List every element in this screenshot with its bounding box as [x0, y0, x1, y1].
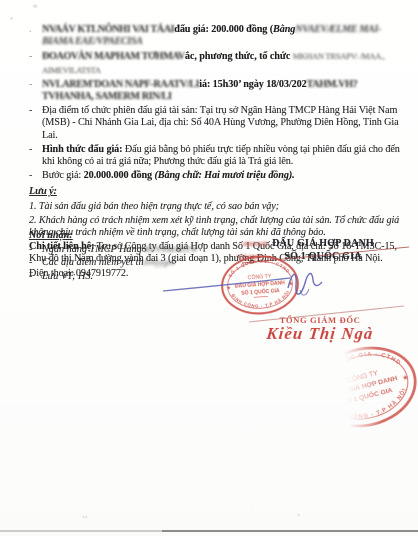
scan-artifact: · — [297, 510, 300, 520]
company-seal-stamp: SỐ 1 QUỐC GIA · CTHD ĐỊNH CÔNG - T.P HÀ … — [218, 252, 302, 317]
garbled-text: NVAÁV KTLNÔNHI VAI TÁAI — [42, 24, 174, 35]
bullet-line-time: -NVLAREM'DOAN NAPF-RAATV/LIiá: 15h30’ ng… — [29, 79, 408, 103]
garbled-text: NVLAREM'DOAN NAPF-RAATV/LI — [42, 79, 199, 90]
garbled-red-text: aneuvtz — [243, 238, 268, 248]
stamp-center-line3: SỐ 1 QUỐC GIA — [241, 287, 280, 297]
scan-artifact: ·· — [82, 512, 88, 522]
garbled-text: ĐOAOVÀN MAPHAM TƠHMAV — [42, 51, 185, 62]
scan-artifact: = — [33, 2, 38, 11]
notes-heading: Lưu ý: — [29, 186, 408, 198]
recipient-item: -Ngân hàng TMCP Hàng BUVNMAISTW — [29, 243, 259, 256]
scanned-document-page: = ’ ·· · .NVAÁV KTLNÔNHI VAI TÁAIđấu giá… — [0, 0, 418, 536]
company-seal-stamp-partial: SỐ 1 QUỐC GIA · CTHD ĐỊNH CÔNG - T.P HÀ … — [303, 333, 418, 440]
stamp-star-right: ★ — [401, 372, 410, 382]
bullet-line-location: -Địa điểm tổ chức phiên đấu giá tài sản:… — [29, 105, 408, 142]
signer-name: Kiều Thị Ngà — [229, 324, 411, 344]
recipients-heading: Nơi nhận: — [29, 229, 259, 242]
bullet-line-price-step: -Bước giá: 20.000.000 đồng (Bằng chữ: Ha… — [29, 170, 408, 182]
stamp-star-left: ★ — [226, 284, 231, 291]
bullet-line-price: .NVAÁV KTLNÔNHI VAI TÁAIđấu giá: 200.000… — [29, 24, 408, 48]
note-1: 1. Tài sản đấu giá bán theo hiện trạng t… — [29, 201, 408, 213]
stamp-star-right: ★ — [288, 280, 293, 287]
stamp-center-line1: CÔNG TY — [247, 273, 272, 282]
bullet-line-method: -ĐOAOVÀN MAPHAM TƠHMAVắc, phương thức, t… — [29, 50, 408, 76]
stamp-star-left: ★ — [320, 393, 329, 403]
garbled-text: ôvnyyges — [144, 257, 175, 267]
scan-artifact: ’ — [10, 16, 13, 26]
garbled-text: BUVNMAISTW — [144, 244, 197, 254]
bullet-line-auction-form: -Hình thức đấu giá: Đấu giá bằng bỏ phiế… — [29, 144, 408, 168]
scan-edge-line — [162, 530, 418, 532]
